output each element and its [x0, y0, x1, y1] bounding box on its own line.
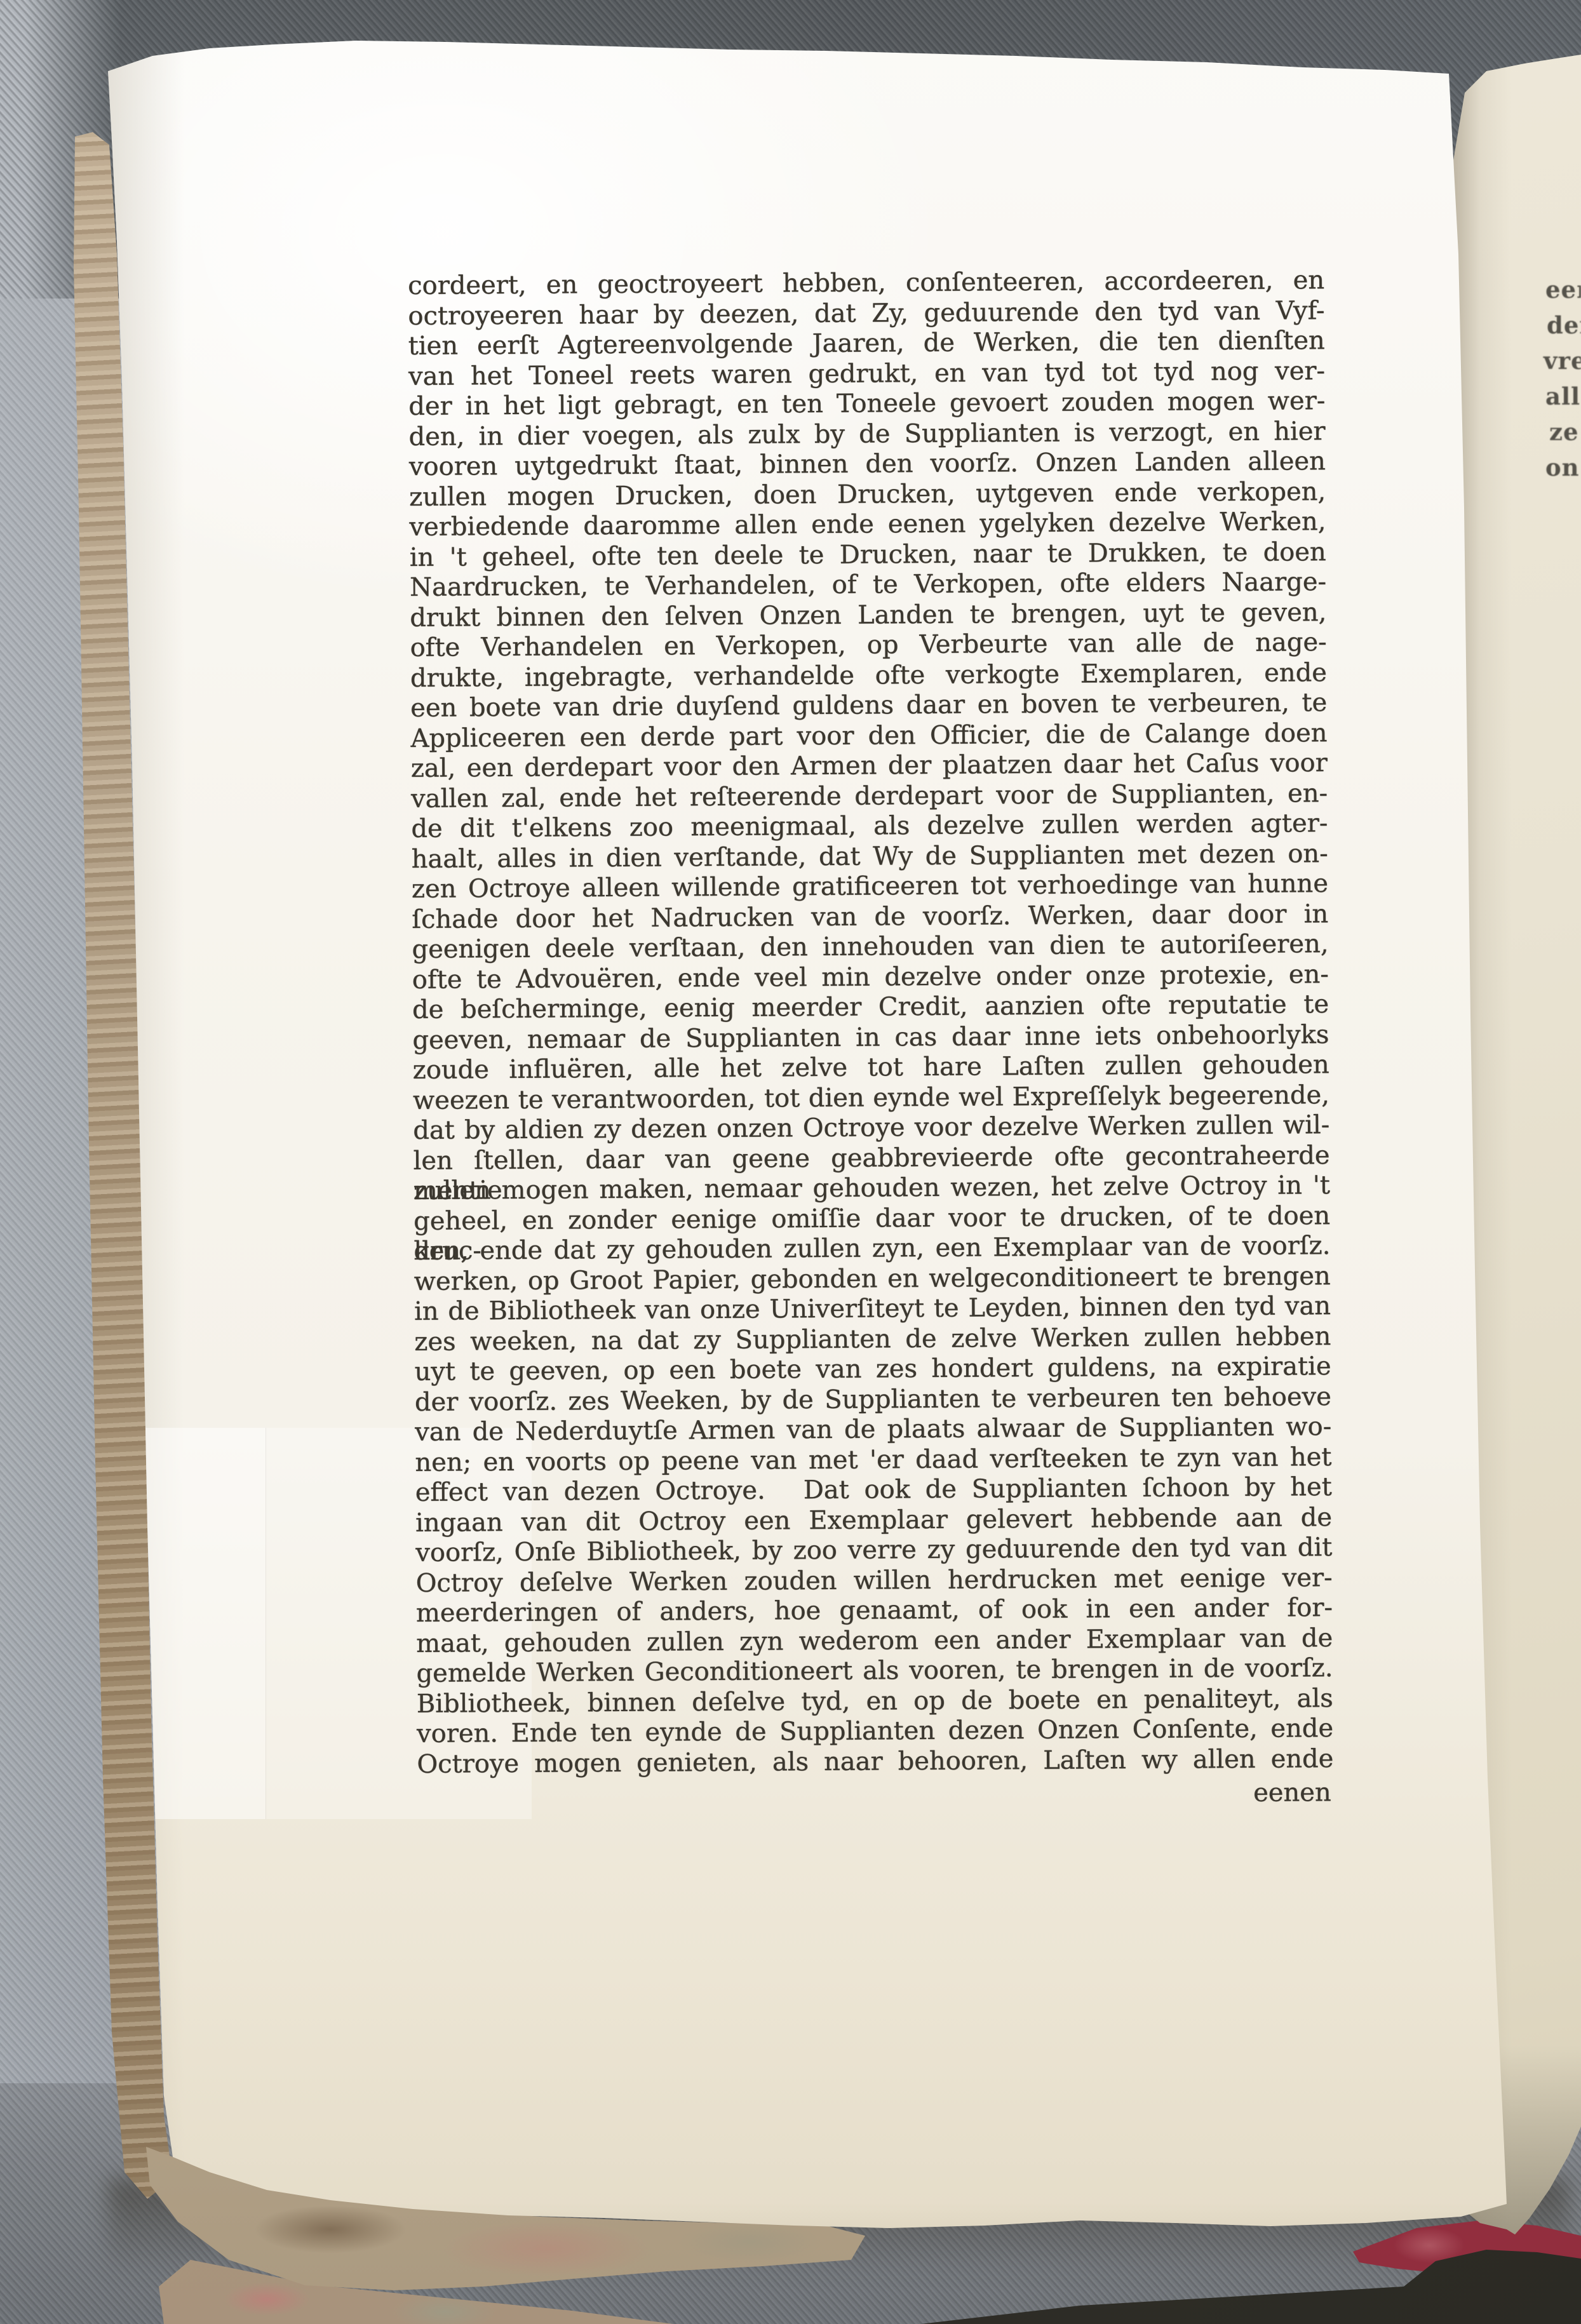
page-text-block: cordeert, en geoctroyeert hebben, conſen… — [408, 265, 1334, 1813]
text-line: van de Nederduytſe Armen van de plaats a… — [415, 1412, 1331, 1447]
catchword: eenen — [417, 1778, 1334, 1813]
text-line: ofte Verhandelen en Verkopen, op Verbeur… — [410, 628, 1326, 663]
text-line: dat by aldien zy dezen onzen Octroye voo… — [413, 1110, 1329, 1146]
text-line: een boete van drie duyſend guldens daar … — [410, 688, 1327, 723]
facing-text-fragment: vre — [1544, 343, 1581, 379]
facing-text-fragment: een — [1545, 272, 1581, 307]
text-line: cordeert, en geoctroyeert hebben, conſen… — [408, 265, 1324, 301]
text-line: ken, ende dat zy gehouden zullen zyn, ee… — [414, 1231, 1330, 1266]
text-line: uyt te geeven, op een boete van zes hond… — [414, 1352, 1331, 1387]
text-line: vooren uytgedrukt ſtaat, binnen den voor… — [409, 447, 1326, 482]
facing-page-text-fragments: eendervreallzeon — [1540, 272, 1581, 495]
text-line: tien eerſt Agtereenvolgende Jaaren, de W… — [408, 326, 1325, 361]
text-line: zullen mogen maken, nemaar gehouden weze… — [414, 1171, 1330, 1206]
facing-text-fragment: ze — [1549, 414, 1581, 450]
text-line: verbiedende daaromme allen ende eenen yg… — [409, 507, 1326, 542]
facing-text-fragment: on — [1545, 450, 1581, 485]
text-line: voren. Ende ten eynde de Supplianten dez… — [417, 1714, 1333, 1749]
text-line: meerderingen of anders, hoe genaamt, of … — [416, 1593, 1333, 1629]
text-line: zen Octroye alleen willende gratificeere… — [412, 869, 1328, 904]
text-line: geenigen deele verſtaan, den innehouden … — [412, 929, 1328, 965]
text-line: Octroye mogen genieten, als naar behoore… — [417, 1744, 1333, 1780]
text-line: zal, een derdepart voor den Armen der pl… — [411, 748, 1328, 784]
text-line: zoude influëren, alle het zelve tot hare… — [413, 1050, 1329, 1085]
text-line: gemelde Werken Geconditioneert als voore… — [416, 1653, 1333, 1689]
text-line: voorſz, Onſe Bibliotheek, by zoo verre z… — [415, 1533, 1332, 1568]
text-lines: cordeert, en geoctroyeert hebben, conſen… — [408, 265, 1333, 1780]
text-line: der in het ligt gebragt, en ten Toneele … — [408, 386, 1325, 422]
text-line: de beſcherminge, eenig meerder Credit, a… — [412, 990, 1329, 1025]
facing-text-fragment: all — [1545, 379, 1581, 414]
book-page: cordeert, en geoctroyeert hebben, conſen… — [0, 0, 1581, 2324]
text-line: de dit t'elkens zoo meenigmaal, als deze… — [411, 809, 1328, 844]
book-photo-scene: eendervreallzeon cordeert, en geoctroyee… — [0, 0, 1581, 2324]
text-line: Naardrucken, te Verhandelen, of te Verko… — [410, 567, 1326, 603]
text-line: effect van dezen Octroye. Dat ook de Sup… — [415, 1472, 1332, 1508]
facing-text-fragment: der — [1547, 307, 1581, 343]
text-line: in de Bibliotheek van onze Univerſiteyt … — [414, 1291, 1331, 1327]
